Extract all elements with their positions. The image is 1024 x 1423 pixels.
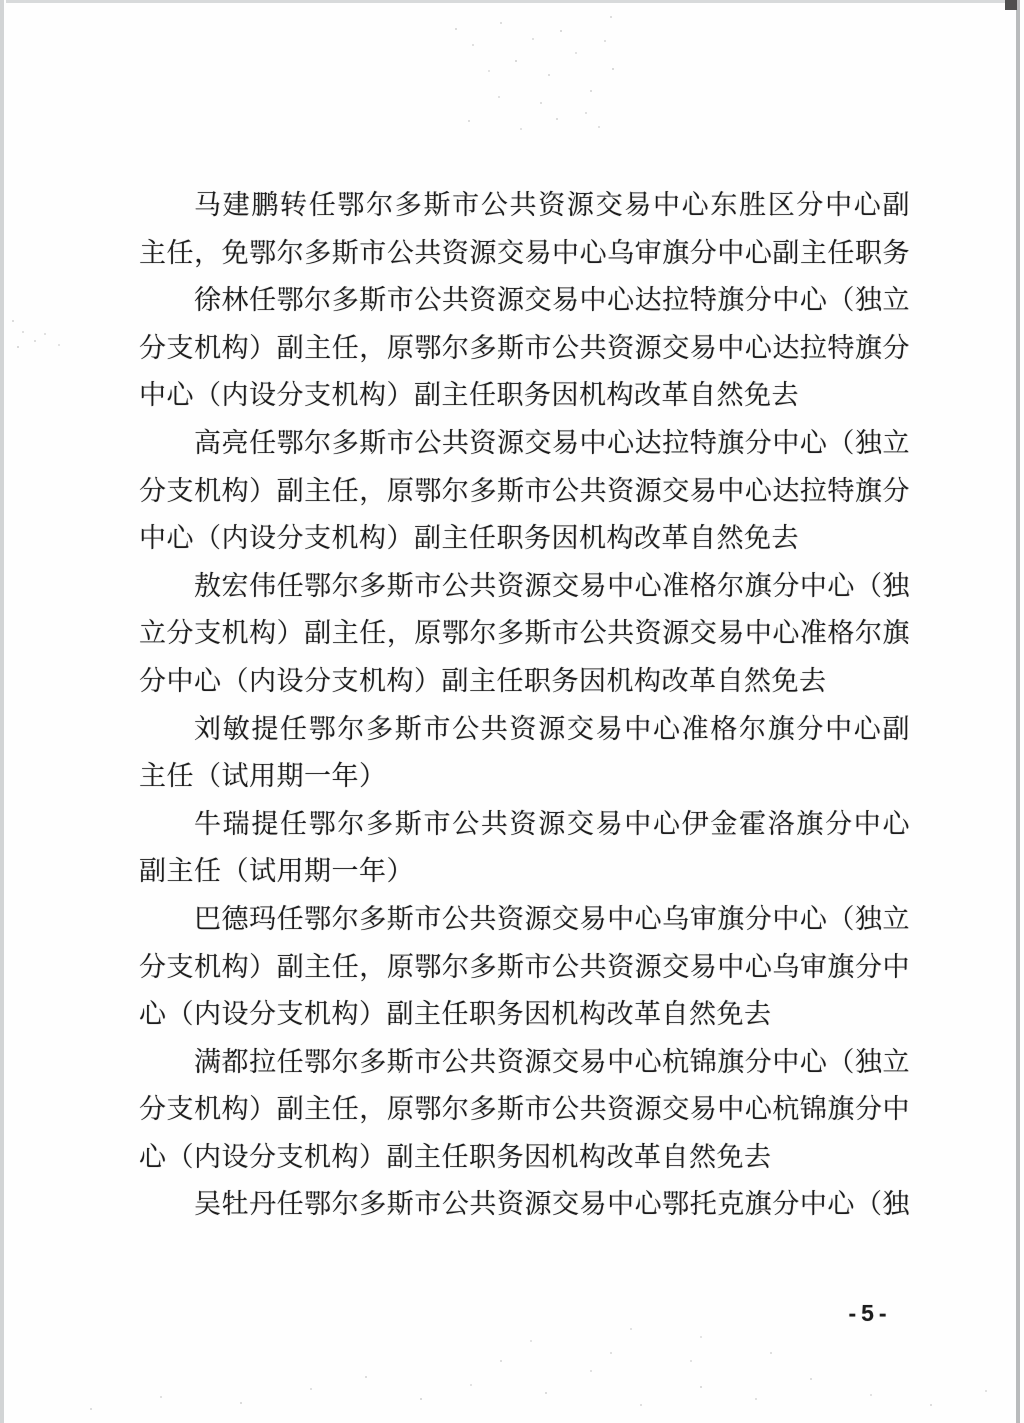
text-line: 中心（内设分支机构）副主任职务因机构改革自然免去 — [139, 372, 910, 420]
paragraph: 高亮任鄂尔多斯市公共资源交易中心达拉特旗分中心（独立 分支机构）副主任，原鄂尔多… — [139, 420, 910, 563]
text-line: 巴德玛任鄂尔多斯市公共资源交易中心乌审旗分中心（独立 — [139, 896, 910, 944]
text-line: 马建鹏转任鄂尔多斯市公共资源交易中心东胜区分中心副 — [139, 182, 910, 230]
text-line: 主任（试用期一年） — [139, 753, 910, 801]
text-line: 分支机构）副主任，原鄂尔多斯市公共资源交易中心杭锦旗分中 — [139, 1086, 910, 1134]
text-line: 吴牡丹任鄂尔多斯市公共资源交易中心鄂托克旗分中心（独 — [139, 1181, 910, 1229]
text-line: 敖宏伟任鄂尔多斯市公共资源交易中心准格尔旗分中心（独 — [139, 563, 910, 611]
scan-edge-right — [1016, 0, 1020, 1423]
paragraph: 刘敏提任鄂尔多斯市公共资源交易中心准格尔旗分中心副 主任（试用期一年） — [139, 706, 910, 801]
text-line: 分支机构）副主任，原鄂尔多斯市公共资源交易中心乌审旗分中 — [139, 944, 910, 992]
text-line: 分中心（内设分支机构）副主任职务因机构改革自然免去 — [139, 658, 910, 706]
text-line: 主任，免鄂尔多斯市公共资源交易中心乌审旗分中心副主任职务 — [139, 230, 910, 278]
text-line: 心（内设分支机构）副主任职务因机构改革自然免去 — [139, 1134, 910, 1182]
paragraph: 敖宏伟任鄂尔多斯市公共资源交易中心准格尔旗分中心（独 立分支机构）副主任，原鄂尔… — [139, 563, 910, 706]
text-line: 高亮任鄂尔多斯市公共资源交易中心达拉特旗分中心（独立 — [139, 420, 910, 468]
scan-edge-left — [0, 0, 4, 1423]
text-line: 分支机构）副主任，原鄂尔多斯市公共资源交易中心达拉特旗分 — [139, 468, 910, 516]
paragraph: 吴牡丹任鄂尔多斯市公共资源交易中心鄂托克旗分中心（独 — [139, 1181, 910, 1229]
text-line: 满都拉任鄂尔多斯市公共资源交易中心杭锦旗分中心（独立 — [139, 1039, 910, 1087]
text-line: 副主任（试用期一年） — [139, 848, 910, 896]
scan-corner-mark — [1005, 0, 1017, 10]
paragraph: 徐林任鄂尔多斯市公共资源交易中心达拉特旗分中心（独立 分支机构）副主任，原鄂尔多… — [139, 277, 910, 420]
paragraph: 满都拉任鄂尔多斯市公共资源交易中心杭锦旗分中心（独立 分支机构）副主任，原鄂尔多… — [139, 1039, 910, 1182]
page-number: -5- — [828, 1298, 912, 1328]
paragraph: 巴德玛任鄂尔多斯市公共资源交易中心乌审旗分中心（独立 分支机构）副主任，原鄂尔多… — [139, 896, 910, 1039]
text-line: 立分支机构）副主任，原鄂尔多斯市公共资源交易中心准格尔旗 — [139, 610, 910, 658]
scanned-document-page: 马建鹏转任鄂尔多斯市公共资源交易中心东胜区分中心副 主任，免鄂尔多斯市公共资源交… — [0, 0, 1024, 1423]
text-line: 牛瑞提任鄂尔多斯市公共资源交易中心伊金霍洛旗分中心 — [139, 801, 910, 849]
text-line: 徐林任鄂尔多斯市公共资源交易中心达拉特旗分中心（独立 — [139, 277, 910, 325]
document-text: 马建鹏转任鄂尔多斯市公共资源交易中心东胜区分中心副 主任，免鄂尔多斯市公共资源交… — [139, 182, 910, 1229]
text-line: 心（内设分支机构）副主任职务因机构改革自然免去 — [139, 991, 910, 1039]
text-line: 刘敏提任鄂尔多斯市公共资源交易中心准格尔旗分中心副 — [139, 706, 910, 754]
paragraph: 牛瑞提任鄂尔多斯市公共资源交易中心伊金霍洛旗分中心 副主任（试用期一年） — [139, 801, 910, 896]
scan-edge-top — [6, 0, 1019, 3]
scan-noise-bottom — [0, 0, 2, 2]
text-line: 分支机构）副主任，原鄂尔多斯市公共资源交易中心达拉特旗分 — [139, 325, 910, 373]
text-line: 中心（内设分支机构）副主任职务因机构改革自然免去 — [139, 515, 910, 563]
paragraph: 马建鹏转任鄂尔多斯市公共资源交易中心东胜区分中心副 主任，免鄂尔多斯市公共资源交… — [139, 182, 910, 277]
